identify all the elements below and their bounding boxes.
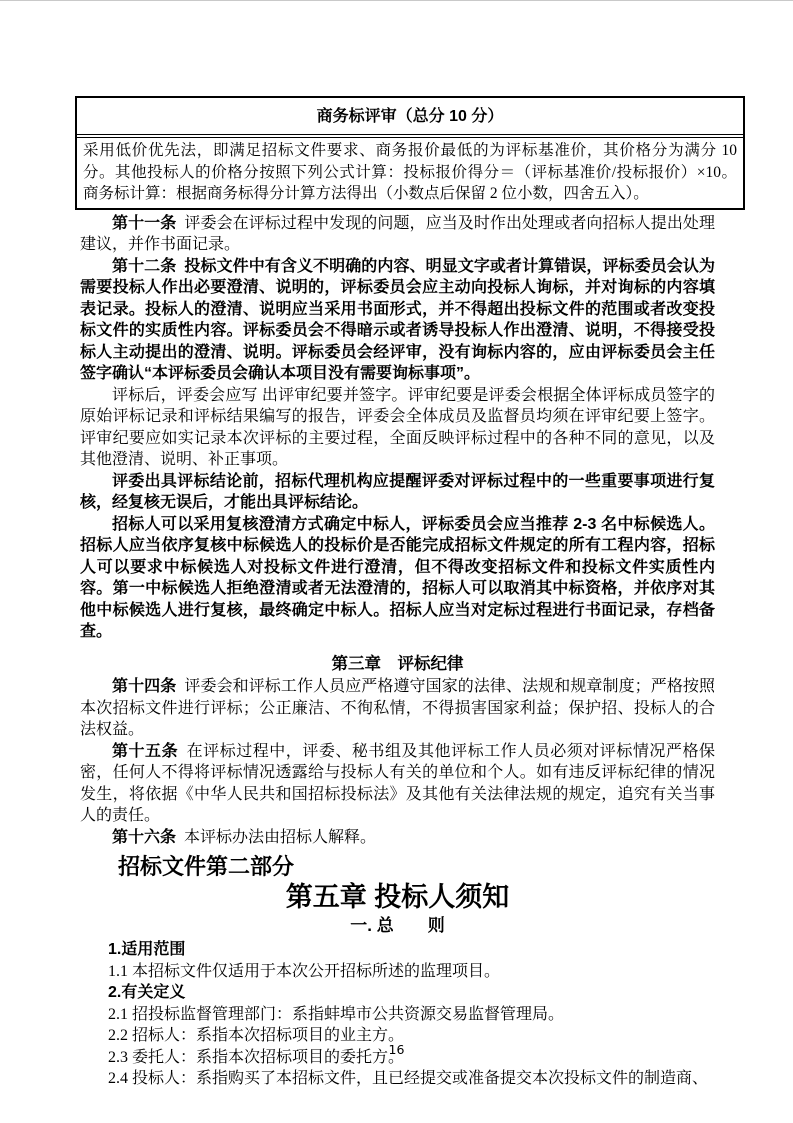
section-general-heading: 一. 总 则 <box>80 915 715 937</box>
chapter-5-heading: 第五章 投标人须知 <box>80 882 715 913</box>
document-page: 商务标评审（总分 10 分） 采用低价优先法，即满足招标文件要求、商务报价最低的… <box>0 0 793 1123</box>
table-body-line: 分。其他投标人的价格分按照下列公式计算：投标报价得分＝（评标基准价/投标报价）×… <box>83 162 737 184</box>
table-body-cell: 采用低价优先法，即满足招标文件要求、商务报价最低的为评标基准价，其价格分为满分 … <box>77 137 743 208</box>
clause-12: 第十二条 投标文件中有含义不明确的内容、明显文字或者计算错误，评标委员会认为需要… <box>80 256 715 385</box>
item-2-1: 2.1 招投标监督管理部门：系指蚌埠市公共资源交易监督管理局。 <box>80 1004 715 1026</box>
clause-lead: 第十四条 <box>112 678 176 695</box>
item-2-4: 2.4 投标人：系指购买了本招标文件，且已经提交或准备提交本次投标文件的制造商、 <box>80 1068 715 1090</box>
item-1-heading: 1.适用范围 <box>80 939 715 961</box>
clause-lead: 第十五条 <box>112 743 178 760</box>
clause-14: 第十四条 评委会和评标工作人员应严格遵守国家的法律、法规和规章制度；严格按照本次… <box>80 676 715 741</box>
para-conclusion-recheck: 评委出具评标结论前，招标代理机构应提醒评委对评标过程中的一些重要事项进行复核，经… <box>80 471 715 514</box>
table-body-line: 采用低价优先法，即满足招标文件要求、商务报价最低的为评标基准价，其价格分为满分 … <box>83 140 737 162</box>
clause-11: 第十一条 评委会在评标过程中发现的问题，应当及时作出处理或者向招标人提出处理建议… <box>80 213 715 256</box>
para-winner-determination: 招标人可以采用复核澄清方式确定中标人，评标委员会应当推荐 2-3 名中标候选人。… <box>80 514 715 643</box>
clause-lead: 第十二条 <box>112 258 176 275</box>
clause-15: 第十五条 在评标过程中，评委、秘书组及其他评标工作人员必须对评标情况严格保密，任… <box>80 741 715 827</box>
clause-lead: 第十六条 <box>112 829 176 846</box>
business-score-table: 商务标评审（总分 10 分） 采用低价优先法，即满足招标文件要求、商务报价最低的… <box>75 96 745 210</box>
item-2-heading: 2.有关定义 <box>80 982 715 1004</box>
content-paragraphs: 第十一条 评委会在评标过程中发现的问题，应当及时作出处理或者向招标人提出处理建议… <box>80 213 715 1090</box>
table-header-cell: 商务标评审（总分 10 分） <box>77 98 743 135</box>
para-review-minutes: 评标后，评委会应写 出评审纪要并签字。评审纪要是评委会根据全体评标成员签字的原始… <box>80 385 715 471</box>
item-1-1: 1.1 本招标文件仅适用于本次公开招标所述的监理项目。 <box>80 961 715 983</box>
part-2-heading: 招标文件第二部分 <box>80 853 715 880</box>
clause-lead: 第十一条 <box>112 215 176 232</box>
chapter-3-heading: 第三章 评标纪律 <box>80 654 715 676</box>
page-number: 16 <box>0 1042 793 1057</box>
clause-16: 第十六条 本评标办法由招标人解释。 <box>80 827 715 849</box>
table-body-line: 商务标计算：根据商务标得分计算方法得出（小数点后保留 2 位小数，四舍五入）。 <box>83 183 737 205</box>
